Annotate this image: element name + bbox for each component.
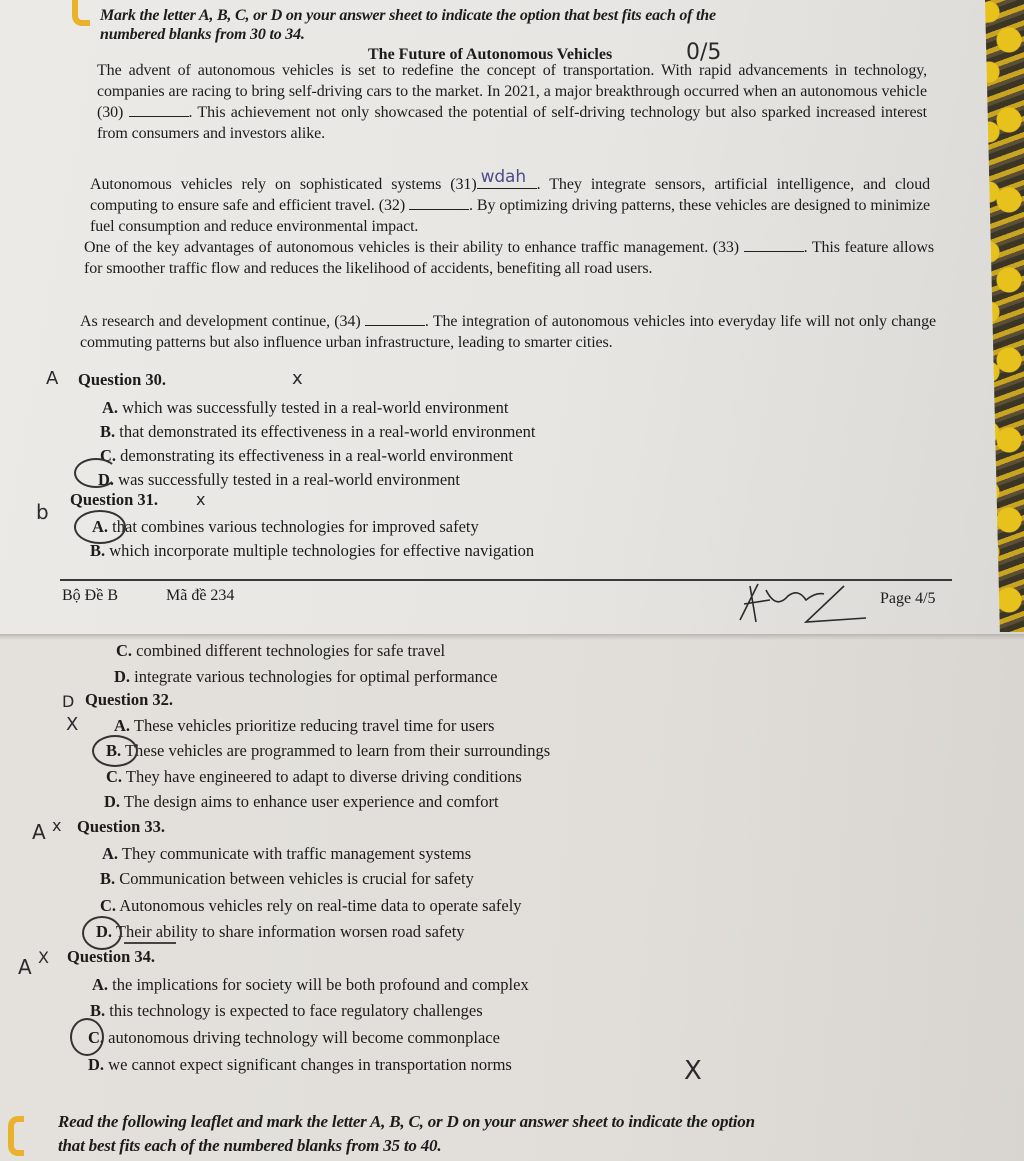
handwritten-x-q30: x	[292, 368, 303, 389]
q32-option-c[interactable]: C. They have engineered to adapt to dive…	[106, 767, 522, 787]
q30-option-d[interactable]: D. was successfully tested in a real-wor…	[98, 470, 460, 490]
handwritten-mark-q34: A	[18, 955, 32, 979]
blank-33	[744, 238, 804, 252]
q34-option-a[interactable]: A. the implications for society will be …	[92, 975, 529, 995]
handwritten-x-q31: x	[196, 490, 205, 509]
q34-option-b[interactable]: B. this technology is expected to face r…	[90, 1001, 483, 1021]
q32-option-d[interactable]: D. The design aims to enhance user exper…	[104, 792, 499, 812]
q32-option-a[interactable]: A. These vehicles prioritize reducing tr…	[114, 716, 494, 736]
q34-option-d[interactable]: D. we cannot expect significant changes …	[88, 1055, 512, 1075]
question-31-label: Question 31.	[70, 490, 158, 510]
q31-option-a[interactable]: A. that combines various technologies fo…	[92, 517, 479, 537]
q33-option-b[interactable]: B. Communication between vehicles is cru…	[100, 869, 474, 889]
answer-circle-q30	[74, 458, 118, 488]
handwritten-x-q32: X	[66, 714, 78, 735]
blank-30	[129, 103, 189, 117]
handwritten-x-q34: X	[38, 948, 49, 967]
q34-option-c[interactable]: C. autonomous driving technology will be…	[88, 1028, 500, 1048]
handwritten-blank-31: wdah	[481, 167, 527, 188]
instruction-top: Mark the letter A, B, C, or D on your an…	[100, 6, 716, 44]
handwritten-x-q33: x	[52, 816, 61, 835]
paragraph-1: The advent of autonomous vehicles is set…	[97, 60, 927, 144]
question-33-label: Question 33.	[77, 817, 165, 837]
handwritten-mark-q33: A	[32, 820, 46, 844]
highlighter-mark	[72, 0, 90, 26]
blank-31: wdah	[477, 175, 537, 189]
q31-option-b[interactable]: B. which incorporate multiple technologi…	[90, 541, 534, 561]
instruction-line-1: Mark the letter A, B, C, or D on your an…	[100, 6, 716, 25]
blank-32	[409, 196, 469, 210]
handwritten-mark-q32: D	[62, 692, 74, 711]
instruction-bottom: Read the following leaflet and mark the …	[58, 1110, 755, 1158]
question-30-label: Question 30.	[78, 370, 166, 390]
q33-option-c[interactable]: C. Autonomous vehicles rely on real-time…	[100, 896, 522, 916]
answer-circle-q32	[92, 735, 138, 767]
handwritten-underline	[124, 942, 176, 944]
q31-option-d[interactable]: D. integrate various technologies for op…	[114, 667, 498, 687]
question-34-label: Question 34.	[67, 947, 155, 967]
paragraph-4: As research and development continue, (3…	[80, 311, 936, 353]
q30-option-a[interactable]: A. which was successfully tested in a re…	[102, 398, 508, 418]
footer-code: Mã đề 234	[166, 587, 234, 605]
blank-34	[365, 312, 425, 326]
q33-option-d[interactable]: D. Their ability to share information wo…	[96, 922, 465, 942]
instruction-bottom-line-2: that best fits each of the numbered blan…	[58, 1134, 755, 1158]
handwritten-mark-q31: b	[36, 500, 49, 524]
sheet-fold-shadow	[0, 634, 1024, 640]
instruction-line-2: numbered blanks from 30 to 34.	[100, 25, 716, 44]
highlighter-mark	[8, 1116, 24, 1156]
q32-option-b[interactable]: B. These vehicles are programmed to lear…	[106, 741, 550, 761]
paragraph-2: Autonomous vehicles rely on sophisticate…	[90, 174, 930, 237]
question-32-label: Question 32.	[85, 690, 173, 710]
q31-option-c[interactable]: C. combined different technologies for s…	[116, 641, 445, 661]
instruction-bottom-line-1: Read the following leaflet and mark the …	[58, 1110, 755, 1134]
answer-circle-q31	[74, 510, 126, 544]
answer-circle-q34	[70, 1018, 104, 1056]
footer-set: Bộ Đề B	[62, 587, 118, 605]
footer-page: Page 4/5	[880, 590, 936, 608]
handwritten-x-q34-d: X	[684, 1056, 702, 1086]
q33-option-a[interactable]: A. They communicate with traffic managem…	[102, 844, 471, 864]
q30-option-b[interactable]: B. that demonstrated its effectiveness i…	[100, 422, 535, 442]
handwritten-mark-q30: A	[46, 368, 58, 389]
answer-circle-q33	[82, 916, 122, 950]
q30-option-c[interactable]: C. demonstrating its effectiveness in a …	[100, 446, 513, 466]
signature-icon	[736, 580, 876, 626]
paragraph-3: One of the key advantages of autonomous …	[84, 237, 934, 279]
